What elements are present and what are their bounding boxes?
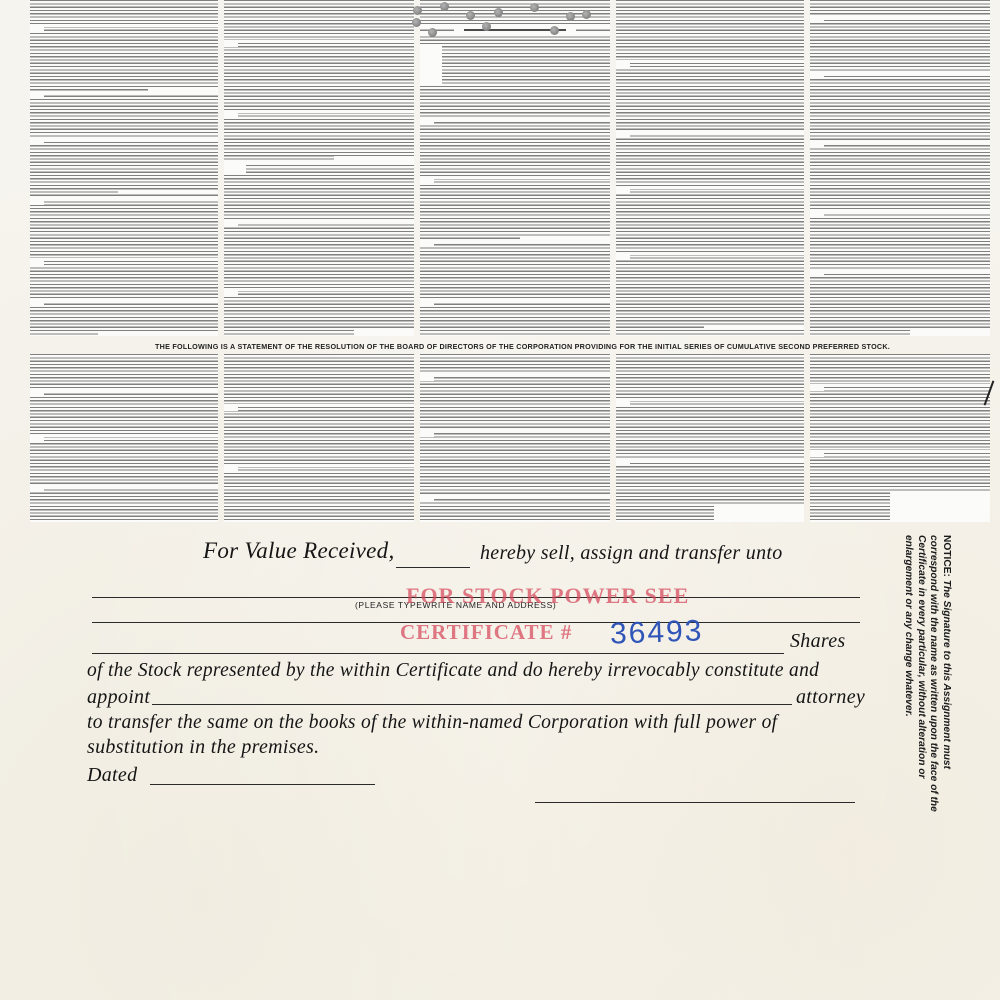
- appoint-label: appoint: [87, 686, 150, 709]
- attorney-label: attorney: [796, 686, 865, 709]
- cancellation-punch-hole: [482, 22, 491, 31]
- substitution-text: substitution in the premises.: [87, 736, 319, 759]
- cancellation-punch-hole: [566, 12, 575, 21]
- signature-notice: NOTICE: The Signature to this Assignment…: [902, 535, 952, 817]
- shares-quantity-line[interactable]: [92, 653, 784, 654]
- dated-label: Dated: [87, 764, 137, 787]
- cancellation-punch-hole: [428, 28, 437, 37]
- fine-print-column-4: [616, 0, 804, 336]
- cancellation-punch-hole: [494, 8, 503, 17]
- notice-label: NOTICE:: [941, 535, 952, 577]
- resolution-heading: THE FOLLOWING IS A STATEMENT OF THE RESO…: [155, 342, 865, 351]
- upper-fine-print: [30, 0, 990, 336]
- fine-print-column-9: [616, 354, 804, 522]
- fine-print-column-2: [224, 0, 414, 336]
- cancellation-punch-hole: [412, 18, 421, 27]
- fine-print-column-7: [224, 354, 414, 522]
- cancellation-punch-hole: [550, 26, 559, 35]
- stock-power-stamp-line1: FOR STOCK POWER SEE: [406, 583, 689, 609]
- attorney-name-line[interactable]: [152, 704, 792, 705]
- lower-fine-print: [30, 354, 990, 522]
- cancellation-punch-hole: [582, 10, 591, 19]
- sell-assign-transfer-text: hereby sell, assign and transfer unto: [480, 542, 783, 565]
- transfer-on-books-text: to transfer the same on the books of the…: [87, 712, 777, 734]
- date-line[interactable]: [150, 784, 375, 785]
- handwritten-certificate-number: 36493: [609, 614, 704, 651]
- cancellation-punch-hole: [413, 6, 422, 15]
- signature-line[interactable]: [535, 802, 855, 803]
- fine-print-column-1: [30, 0, 218, 336]
- fine-print-column-6: [30, 354, 218, 522]
- shares-label: Shares: [790, 630, 846, 653]
- for-value-received-text: For Value Received,: [203, 538, 395, 564]
- cancellation-punch-hole: [530, 3, 539, 12]
- fine-print-column-5: [810, 0, 990, 336]
- cancellation-punch-hole: [466, 11, 475, 20]
- fine-print-column-10: [810, 354, 990, 522]
- fine-print-column-3: [420, 0, 610, 336]
- stock-power-stamp-line2: CERTIFICATE #: [400, 620, 572, 645]
- cancellation-punch-hole: [440, 2, 449, 11]
- assignor-name-line[interactable]: [396, 567, 470, 568]
- notice-text: The Signature to this Assignment must co…: [904, 535, 953, 812]
- fine-print-column-8: [420, 354, 610, 522]
- stock-represented-text: of the Stock represented by the within C…: [87, 660, 819, 682]
